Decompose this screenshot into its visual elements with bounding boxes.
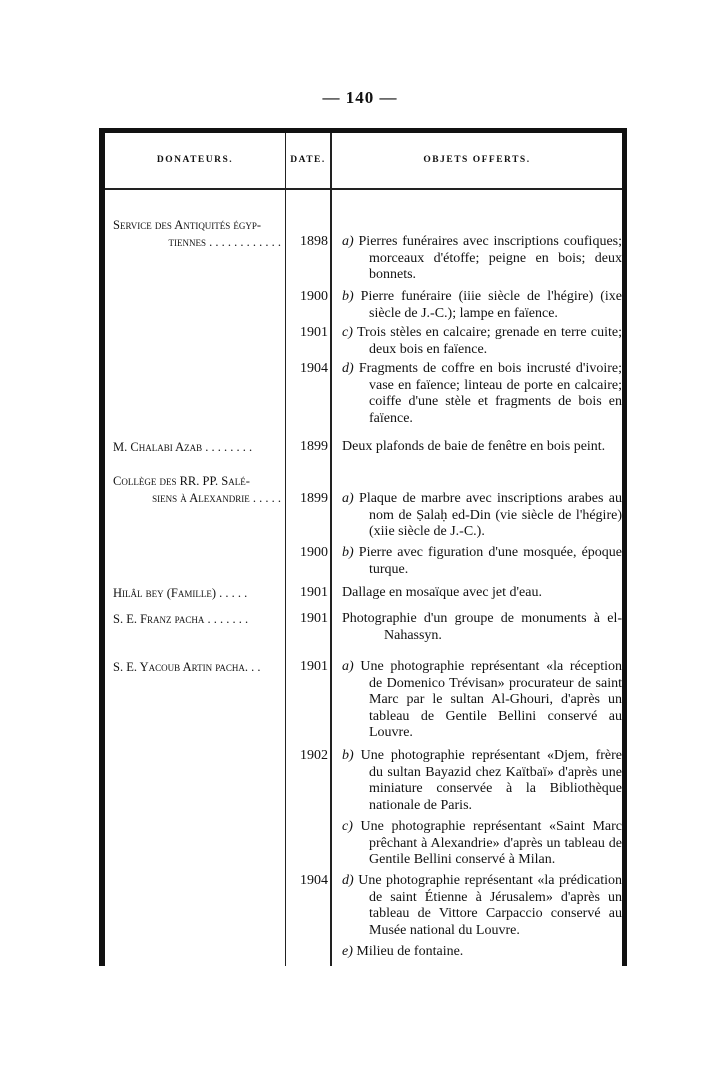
donor-name: S. E. Franz pacha . . . . . . . xyxy=(113,611,281,628)
entry-text: d) Une photographie représentant «la pré… xyxy=(342,873,622,939)
table-header: DONATEURS. DATE. OBJETS OFFERTS. xyxy=(105,133,622,190)
entry-date: 1901 xyxy=(286,325,328,342)
entry-date: 1904 xyxy=(286,361,328,378)
header-date: DATE. xyxy=(286,155,330,165)
entry-description: Pierre funéraire (iiie siècle de l'hégir… xyxy=(361,289,622,321)
entry-date: 1900 xyxy=(286,545,328,562)
entry-description: Trois stèles en calcaire; grenade en ter… xyxy=(357,325,622,357)
entry-text: Deux plafonds de baie de fenêtre en bois… xyxy=(342,439,622,456)
entry-label: a) xyxy=(342,234,354,249)
donor-name: Hilâl bey (Famille) . . . . . xyxy=(113,585,281,602)
entry-label: a) xyxy=(342,491,354,506)
entry-description: Fragments de coffre en bois incrusté d'i… xyxy=(359,361,622,426)
entry-description: Pierres funéraires avec inscriptions cou… xyxy=(359,234,622,282)
entry-label: a) xyxy=(342,659,354,674)
entry-text: Photographie d'un groupe de monuments à … xyxy=(342,611,622,644)
entry-description: Photographie d'un groupe de monuments à … xyxy=(342,611,622,644)
entry-label: d) xyxy=(342,361,354,376)
donations-table: DONATEURS. DATE. OBJETS OFFERTS. Service… xyxy=(99,128,627,966)
entry-date: 1904 xyxy=(286,873,328,890)
donor-line: tiennes . . . . . . . . . . . . xyxy=(113,234,281,251)
header-donors: DONATEURS. xyxy=(105,155,285,165)
entry-description: Une photographie représentant «la récept… xyxy=(360,659,622,740)
entry-description: Une photographie représentant «Djem, frè… xyxy=(361,748,622,813)
entry-text: c) Trois stèles en calcaire; grenade en … xyxy=(342,325,622,358)
entry-text: e) Milieu de fontaine. xyxy=(342,944,622,961)
entry-description: Pierre avec figuration d'une mosquée, ép… xyxy=(359,545,622,577)
entry-date: 1901 xyxy=(286,611,328,628)
donor-name: M. Chalabi Azab . . . . . . . . xyxy=(113,439,281,456)
entry-description: Dallage en mosaïque avec jet d'eau. xyxy=(342,585,622,602)
entry-label: b) xyxy=(342,748,354,763)
entry-text: a) Plaque de marbre avec inscriptions ar… xyxy=(342,491,622,541)
entry-label: b) xyxy=(342,289,354,304)
entry-label: e) xyxy=(342,944,353,959)
entry-description: Une photographie représentant «la prédic… xyxy=(358,873,622,938)
entry-text: b) Une photographie représentant «Djem, … xyxy=(342,748,622,814)
entry-date: 1900 xyxy=(286,289,328,306)
entry-text: d) Fragments de coffre en bois incrusté … xyxy=(342,361,622,427)
entry-label: c) xyxy=(342,819,353,834)
entry-date: 1901 xyxy=(286,659,328,676)
donor-line: Service des Antiquités égyp- xyxy=(113,218,261,232)
entry-text: a) Pierres funéraires avec inscriptions … xyxy=(342,234,622,284)
entry-text: c) Une photographie représentant «Saint … xyxy=(342,819,622,869)
entry-date: 1901 xyxy=(286,585,328,602)
donor-name: S. E. Yacoub Artin pacha. . . xyxy=(113,659,281,676)
entry-date: 1898 xyxy=(286,234,328,251)
donor-name: Collège des RR. PP. Salé- siens à Alexan… xyxy=(113,473,281,506)
entry-date: 1899 xyxy=(286,491,328,508)
entry-label: d) xyxy=(342,873,354,888)
entry-description: Deux plafonds de baie de fenêtre en bois… xyxy=(342,439,622,456)
entry-text: b) Pierre avec figuration d'une mosquée,… xyxy=(342,545,622,578)
header-objects: OBJETS OFFERTS. xyxy=(332,155,622,165)
donor-line: Collège des RR. PP. Salé- xyxy=(113,474,250,488)
entry-label: b) xyxy=(342,545,354,560)
entry-description: Milieu de fontaine. xyxy=(356,944,463,959)
entry-description: Une photographie représentant «Saint Mar… xyxy=(361,819,622,867)
entry-text: Dallage en mosaïque avec jet d'eau. xyxy=(342,585,622,602)
page-number: — 140 — xyxy=(0,88,720,108)
entry-label: c) xyxy=(342,325,353,340)
entry-text: a) Une photographie représentant «la réc… xyxy=(342,659,622,742)
column-divider xyxy=(330,133,332,966)
donor-name: Service des Antiquités égyp- tiennes . .… xyxy=(113,217,281,250)
entry-date: 1899 xyxy=(286,439,328,456)
entry-description: Plaque de marbre avec inscriptions arabe… xyxy=(359,491,622,539)
entry-date: 1902 xyxy=(286,748,328,765)
donor-line: siens à Alexandrie . . . . . xyxy=(113,490,281,507)
entry-text: b) Pierre funéraire (iiie siècle de l'hé… xyxy=(342,289,622,322)
